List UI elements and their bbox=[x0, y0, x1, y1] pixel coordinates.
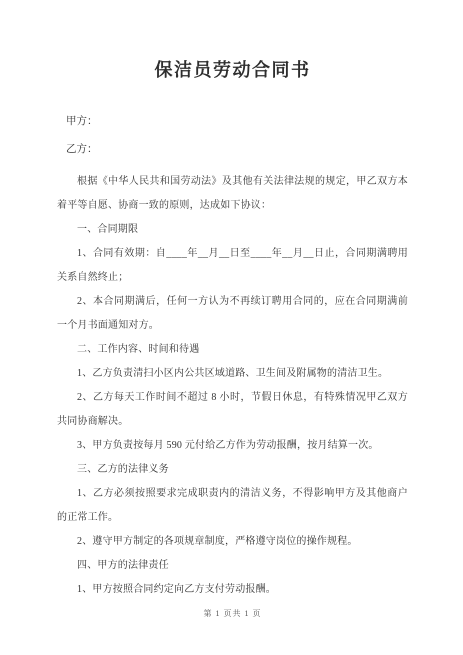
clause-working-hours: 2、乙方每天工作时间不超过 8 小时，节假日休息，有特殊情况甲乙双方共同协商解决… bbox=[57, 386, 408, 434]
clause-payment-obligation: 1、甲方按照合同约定向乙方支付劳动报酬。 bbox=[57, 578, 408, 602]
page-title: 保洁员劳动合同书 bbox=[57, 56, 408, 82]
parties-block: 甲方： 乙方： bbox=[57, 108, 408, 164]
intro-paragraph: 根据《中华人民共和国劳动法》及其他有关法律法规的规定，甲乙双方本着平等自愿、协商… bbox=[57, 170, 408, 218]
party-b-line: 乙方： bbox=[57, 136, 408, 164]
contract-document-page: 保洁员劳动合同书 甲方： 乙方： 根据《中华人民共和国劳动法》及其他有关法律法规… bbox=[0, 0, 463, 655]
clause-cleaning-duty: 1、乙方必须按照要求完成职责内的清洁义务，不得影响甲方及其他商户的正常工作。 bbox=[57, 482, 408, 530]
party-a-line: 甲方： bbox=[57, 108, 408, 136]
clause-renewal-notice: 2、本合同期满后，任何一方认为不再续订聘用合同的，应在合同期满前一个月书面通知对… bbox=[57, 290, 408, 338]
clause-cleaning-scope: 1、乙方负责清扫小区内公共区域道路、卫生间及附属物的清洁卫生。 bbox=[57, 362, 408, 386]
clause-rules-compliance: 2、遵守甲方制定的各项规章制度，严格遵守岗位的操作规程。 bbox=[57, 530, 408, 554]
page-number-footer: 第 1 页共 1 页 bbox=[57, 608, 408, 619]
section-heading-work-content: 二、工作内容、时间和待遇 bbox=[57, 338, 408, 362]
section-heading-party-a-liability: 四、甲方的法律责任 bbox=[57, 554, 408, 578]
clause-contract-validity: 1、合同有效期：自____年__月__日至____年__月__日止，合同期满聘用… bbox=[57, 242, 408, 290]
clause-salary: 3、甲方负责按每月 590 元付给乙方作为劳动报酬，按月结算一次。 bbox=[57, 434, 408, 458]
contract-body: 根据《中华人民共和国劳动法》及其他有关法律法规的规定，甲乙双方本着平等自愿、协商… bbox=[57, 170, 408, 602]
section-heading-party-b-obligations: 三、乙方的法律义务 bbox=[57, 458, 408, 482]
section-heading-contract-term: 一、合同期限 bbox=[57, 218, 408, 242]
